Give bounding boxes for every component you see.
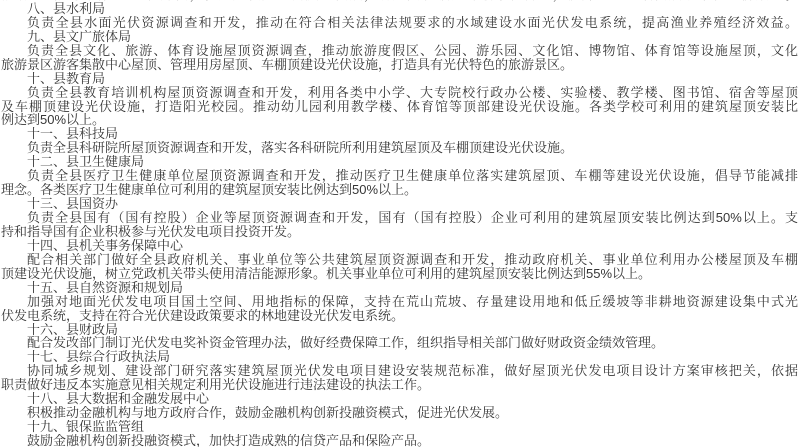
heading-line: 十一、县科技局 — [1, 127, 798, 141]
heading-line: 十三、县国资办 — [1, 197, 798, 211]
body-line: 协同城乡规划、建设部门研究落实建筑屋顶光伏发电项目建设安装规范标准，做好屋顶光伏… — [1, 364, 798, 378]
heading-line: 十二、县卫生健康局 — [1, 155, 798, 169]
body-line: 积极推动金融机构与地方政府合作，鼓励金融机构创新投融资模式，促进光伏发展。 — [1, 406, 798, 420]
heading-line: 十、县教育局 — [1, 72, 798, 86]
body-line: 伏发电系统，支持在符合光伏建设政策要求的林地建设光伏发电系统。 — [1, 309, 798, 323]
body-line: 负责全县文化、旅游、体育设施屋顶资源调查，推动旅游度假区、公园、游乐园、文化馆、… — [1, 44, 798, 58]
body-line: 负责全县国有（国有控股）企业等屋顶资源调查和开发，国有（国有控股）企业可利用的建… — [1, 211, 798, 225]
document-body: 推动全县光伏资源调查和开发，促进光伏产业高质量发展，助力实现碳达峰碳中和目标，提… — [1, 0, 798, 447]
heading-line: 十五、县自然资源和规划局 — [1, 281, 798, 295]
body-line: 配合相关部门做好全县政府机关、事业单位等公共建筑屋顶资源调查和开发，推动政府机关… — [1, 253, 798, 267]
body-line: 职责做好违反本实施意见相关规定利用光伏设施进行违法建设的执法工作。 — [1, 378, 798, 392]
body-line: 及车棚顶建设光伏设施，打造阳光校园。推动幼儿园利用教学楼、体育馆等顶部建设光伏设… — [1, 100, 798, 114]
body-line: 负责全县医疗卫生健康单位屋顶资源调查和开发，推动医疗卫生健康单位落实建筑屋顶、车… — [1, 169, 798, 183]
body-line: 旅游景区游客集散中心屋顶、管理用房屋顶、车棚顶建设光伏设施，打造具有光伏特色的旅… — [1, 58, 798, 72]
body-line: 理念。各类医疗卫生健康单位可利用的建筑屋顶安装比例达到50%以上。 — [1, 183, 798, 197]
clipped-line: 推动全县光伏资源调查和开发，促进光伏产业高质量发展，助力实现碳达峰碳中和目标，提… — [1, 0, 798, 2]
heading-line: 十六、县财政局 — [1, 323, 798, 337]
body-line: 配合发改部门制订光伏发电奖补资金管理办法，做好经费保障工作，组织指导相关部门做好… — [1, 336, 798, 350]
body-line: 负责全县科研院所屋顶资源调查和开发，落实各科研院所利用建筑屋顶及车棚顶建设光伏设… — [1, 141, 798, 155]
body-line: 顶建设光伏设施，树立党政机关带头使用清洁能源形象。机关事业单位可利用的建筑屋顶安… — [1, 267, 798, 281]
heading-line: 十七、县综合行政执法局 — [1, 350, 798, 364]
document-page: 推动全县光伏资源调查和开发，促进光伏产业高质量发展，助力实现碳达峰碳中和目标，提… — [0, 0, 798, 447]
body-line: 例达到50%以上。 — [1, 113, 798, 127]
body-line: 鼓励金融机构创新投融资模式，加快打造成熟的信贷产品和保险产品。 — [1, 434, 798, 447]
body-line: 持和指导国有企业积极参与光伏发电项目投资开发。 — [1, 225, 798, 239]
body-line: 负责全县水面光伏资源调查和开发，推动在符合相关法律法规要求的水域建设水面光伏发电… — [1, 16, 798, 30]
heading-line: 十八、县大数据和金融发展中心 — [1, 392, 798, 406]
heading-line: 九、县文广旅体局 — [1, 30, 798, 44]
body-line: 加强对地面光伏发电项目国土空间、用地指标的保障，支持在荒山荒坡、存量建设用地和低… — [1, 295, 798, 309]
heading-line: 十九、银保监监管组 — [1, 420, 798, 434]
body-line: 负责全县教育培训机构屋顶资源调查和开发，利用各类中小学、大专院校行政办公楼、实验… — [1, 86, 798, 100]
heading-line: 十四、县机关事务保障中心 — [1, 239, 798, 253]
heading-line: 八、县水利局 — [1, 2, 798, 16]
